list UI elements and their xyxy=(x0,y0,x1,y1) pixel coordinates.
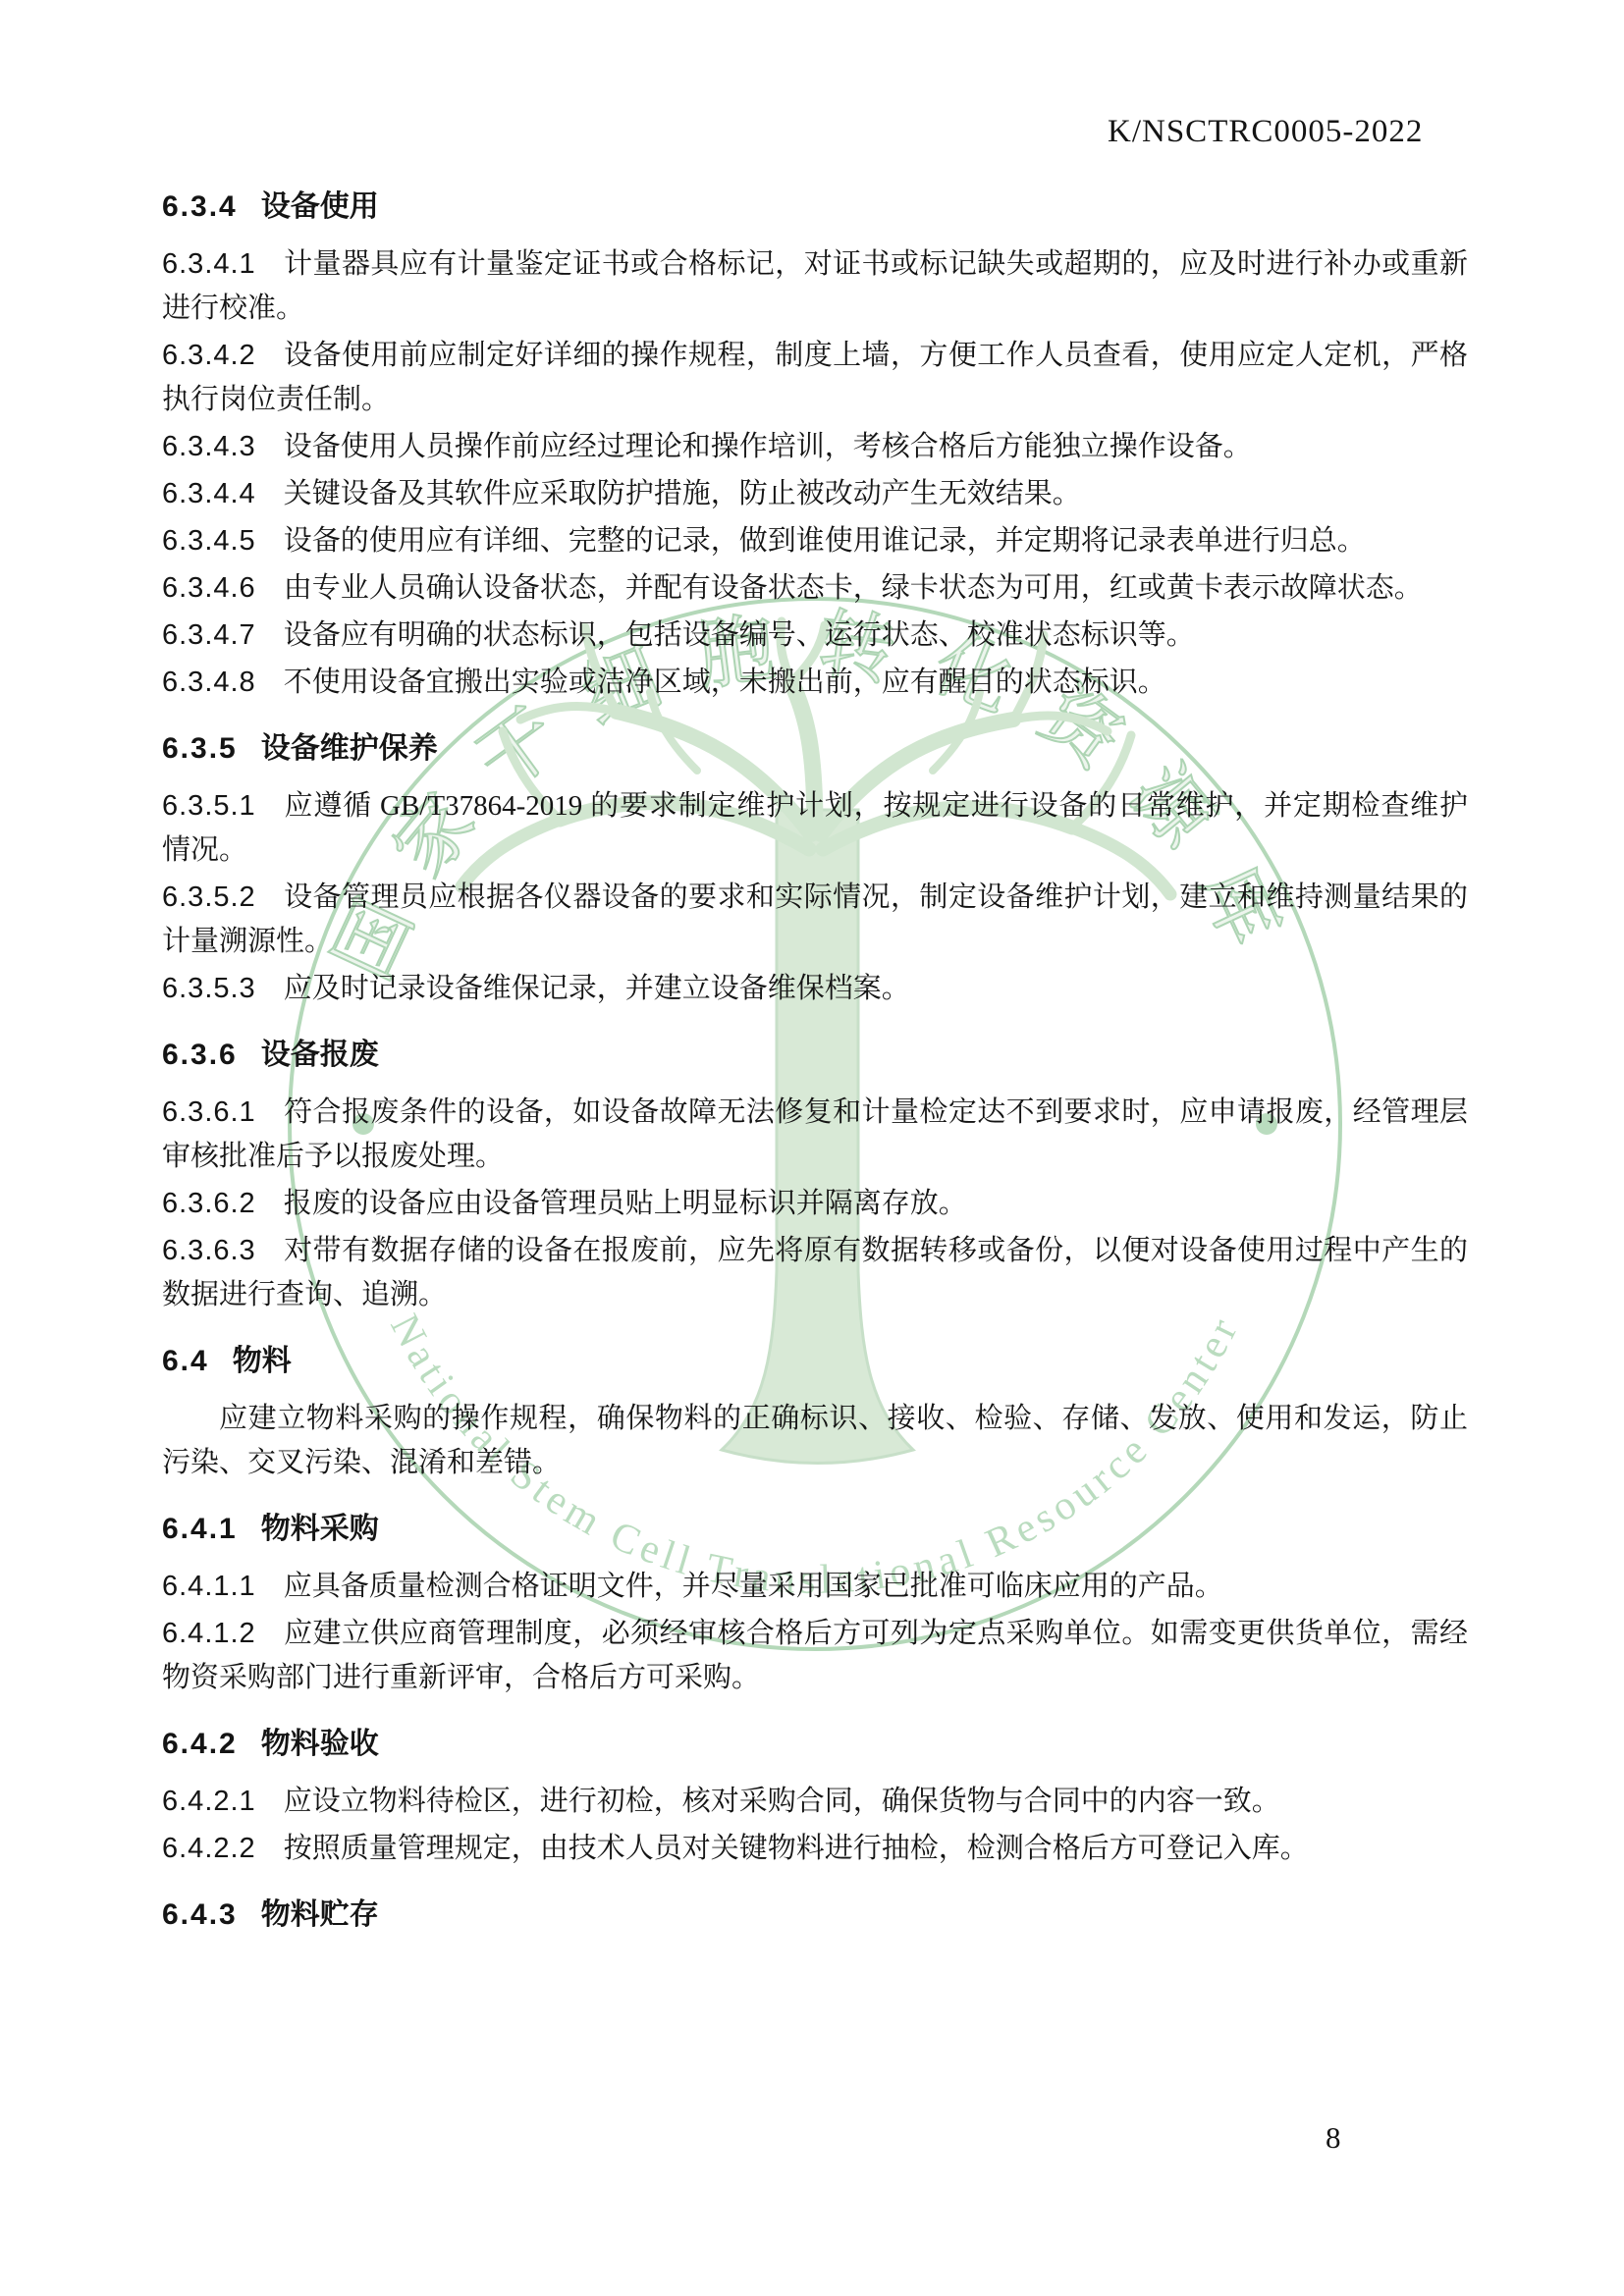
clause-text: 设备的使用应有详细、完整的记录，做到谁使用谁记录，并定期将记录表单进行归总。 xyxy=(284,525,1366,557)
clause-number: 6.3.5.2 xyxy=(162,881,256,913)
clause-number: 6.4.2.2 xyxy=(162,1833,256,1864)
clause-text: 由专业人员确认设备状态，并配有设备状态卡，绿卡状态为可用，红或黄卡表示故障状态。 xyxy=(284,572,1423,604)
clause-paragraph: 6.3.4.5设备的使用应有详细、完整的记录，做到谁使用谁记录，并定期将记录表单… xyxy=(162,519,1468,563)
clause-number: 6.3.4.2 xyxy=(162,340,256,371)
section-heading: 6.4.1物料采购 xyxy=(162,1511,1468,1548)
section-heading: 6.3.6设备报废 xyxy=(162,1037,1468,1074)
clause-number: 6.3.4.1 xyxy=(162,248,256,280)
clause-number: 6.3.6.3 xyxy=(162,1235,256,1266)
clause-text: 应具备质量检测合格证明文件，并尽量采用国家已批准可临床应用的产品。 xyxy=(284,1571,1223,1602)
clause-number: 6.3.6.2 xyxy=(162,1188,256,1219)
clause-number: 6.3.5.3 xyxy=(162,973,256,1004)
clause-paragraph: 6.3.5.2设备管理员应根据各仪器设备的要求和实际情况，制定设备维护计划，建立… xyxy=(162,876,1468,964)
clause-paragraph: 6.3.4.7设备应有明确的状态标识，包括设备编号、运行状态、校准状态标识等。 xyxy=(162,614,1468,658)
clause-number: 6.3.4.4 xyxy=(162,478,256,509)
clause-paragraph: 6.3.4.1计量器具应有计量鉴定证书或合格标记，对证书或标记缺失或超期的，应及… xyxy=(162,242,1468,331)
heading-number: 6.4 xyxy=(162,1345,209,1377)
heading-title: 物料验收 xyxy=(261,1728,379,1760)
clause-number: 6.3.4.3 xyxy=(162,431,256,462)
clause-paragraph: 6.3.6.3对带有数据存储的设备在报废前，应先将原有数据转移或备份，以便对设备… xyxy=(162,1229,1468,1317)
intro-paragraph: 应建立物料采购的操作规程，确保物料的正确标识、接收、检验、存储、发放、使用和发运… xyxy=(162,1397,1468,1485)
clause-text: 符合报废条件的设备，如设备故障无法修复和计量检定达不到要求时，应申请报废，经管理… xyxy=(162,1096,1468,1172)
section-heading: 6.4.3物料贮存 xyxy=(162,1896,1468,1934)
clause-text: 应遵循 GB/T37864-2019 的要求制定维护计划，按规定进行设备的日常维… xyxy=(162,790,1468,866)
header-document-code: K/NSCTRC0005-2022 xyxy=(1108,114,1423,150)
heading-title: 物料贮存 xyxy=(261,1898,379,1931)
heading-number: 6.4.2 xyxy=(162,1728,238,1760)
document-page: 国家干细胞转化资源库 National Stem Cell Translatio… xyxy=(0,0,1624,2296)
clause-number: 6.3.4.5 xyxy=(162,525,256,557)
clause-text: 不使用设备宜搬出实验或洁净区域，未搬出前，应有醒目的状态标识。 xyxy=(284,667,1166,698)
heading-title: 设备维护保养 xyxy=(261,732,438,765)
heading-title: 设备使用 xyxy=(261,190,379,223)
clause-number: 6.3.4.7 xyxy=(162,619,256,651)
clause-paragraph: 6.4.2.2按照质量管理规定，由技术人员对关键物料进行抽检，检测合格后方可登记… xyxy=(162,1827,1468,1871)
clause-text: 设备使用前应制定好详细的操作规程，制度上墙，方便工作人员查看，使用应定人定机，严… xyxy=(162,340,1468,415)
heading-number: 6.3.6 xyxy=(162,1039,238,1071)
clause-text: 报废的设备应由设备管理员贴上明显标识并隔离存放。 xyxy=(284,1188,967,1219)
clause-number: 6.3.4.6 xyxy=(162,572,256,604)
clause-paragraph: 6.3.6.1符合报废条件的设备，如设备故障无法修复和计量检定达不到要求时，应申… xyxy=(162,1091,1468,1179)
paragraph-text: 应建立物料采购的操作规程，确保物料的正确标识、接收、检验、存储、发放、使用和发运… xyxy=(162,1403,1468,1478)
clause-text: 关键设备及其软件应采取防护措施，防止被改动产生无效结果。 xyxy=(284,478,1081,509)
heading-number: 6.3.4 xyxy=(162,190,238,223)
clause-paragraph: 6.3.4.8不使用设备宜搬出实验或洁净区域，未搬出前，应有醒目的状态标识。 xyxy=(162,661,1468,705)
clause-paragraph: 6.3.4.4关键设备及其软件应采取防护措施，防止被改动产生无效结果。 xyxy=(162,472,1468,516)
section-heading: 6.4.2物料验收 xyxy=(162,1726,1468,1763)
heading-number: 6.4.1 xyxy=(162,1513,238,1545)
section-heading: 6.3.5设备维护保养 xyxy=(162,730,1468,768)
clause-text: 按照质量管理规定，由技术人员对关键物料进行抽检，检测合格后方可登记入库。 xyxy=(284,1833,1309,1864)
clause-text: 应建立供应商管理制度，必须经审核合格后方可列为定点采购单位。如需变更供货单位，需… xyxy=(162,1618,1468,1693)
clause-number: 6.4.2.1 xyxy=(162,1786,256,1817)
section-heading: 6.4物料 xyxy=(162,1343,1468,1380)
clause-number: 6.3.4.8 xyxy=(162,667,256,698)
clause-paragraph: 6.3.4.6由专业人员确认设备状态，并配有设备状态卡，绿卡状态为可用，红或黄卡… xyxy=(162,566,1468,611)
clause-paragraph: 6.3.5.3应及时记录设备维保记录，并建立设备维保档案。 xyxy=(162,967,1468,1011)
heading-number: 6.3.5 xyxy=(162,732,238,765)
clause-number: 6.4.1.2 xyxy=(162,1618,256,1649)
section-heading: 6.3.4设备使用 xyxy=(162,188,1468,226)
clause-paragraph: 6.3.4.3设备使用人员操作前应经过理论和操作培训，考核合格后方能独立操作设备… xyxy=(162,425,1468,469)
clause-paragraph: 6.3.5.1应遵循 GB/T37864-2019 的要求制定维护计划，按规定进… xyxy=(162,784,1468,873)
clause-paragraph: 6.4.1.2应建立供应商管理制度，必须经审核合格后方可列为定点采购单位。如需变… xyxy=(162,1612,1468,1700)
clause-text: 设备管理员应根据各仪器设备的要求和实际情况，制定设备维护计划，建立和维持测量结果… xyxy=(162,881,1468,957)
clause-paragraph: 6.3.4.2设备使用前应制定好详细的操作规程，制度上墙，方便工作人员查看，使用… xyxy=(162,334,1468,422)
clause-paragraph: 6.4.2.1应设立物料待检区，进行初检，核对采购合同，确保货物与合同中的内容一… xyxy=(162,1780,1468,1824)
heading-title: 设备报废 xyxy=(261,1039,379,1071)
clause-text: 设备使用人员操作前应经过理论和操作培训，考核合格后方能独立操作设备。 xyxy=(284,431,1252,462)
clause-number: 6.4.1.1 xyxy=(162,1571,256,1602)
heading-number: 6.4.3 xyxy=(162,1898,238,1931)
clause-number: 6.3.6.1 xyxy=(162,1096,256,1128)
heading-title: 物料采购 xyxy=(261,1513,379,1545)
heading-title: 物料 xyxy=(233,1345,292,1377)
page-number: 8 xyxy=(1326,2120,1341,2156)
clause-number: 6.3.5.1 xyxy=(162,790,256,822)
clause-text: 应及时记录设备维保记录，并建立设备维保档案。 xyxy=(284,973,910,1004)
clause-text: 设备应有明确的状态标识，包括设备编号、运行状态、校准状态标识等。 xyxy=(284,619,1195,651)
document-body: 6.3.4设备使用 6.3.4.1计量器具应有计量鉴定证书或合格标记，对证书或标… xyxy=(162,188,1468,1950)
clause-paragraph: 6.3.6.2报废的设备应由设备管理员贴上明显标识并隔离存放。 xyxy=(162,1182,1468,1226)
clause-paragraph: 6.4.1.1应具备质量检测合格证明文件，并尽量采用国家已批准可临床应用的产品。 xyxy=(162,1565,1468,1609)
clause-text: 对带有数据存储的设备在报废前，应先将原有数据转移或备份，以便对设备使用过程中产生… xyxy=(162,1235,1468,1310)
clause-text: 计量器具应有计量鉴定证书或合格标记，对证书或标记缺失或超期的，应及时进行补办或重… xyxy=(162,248,1468,324)
clause-text: 应设立物料待检区，进行初检，核对采购合同，确保货物与合同中的内容一致。 xyxy=(284,1786,1280,1817)
